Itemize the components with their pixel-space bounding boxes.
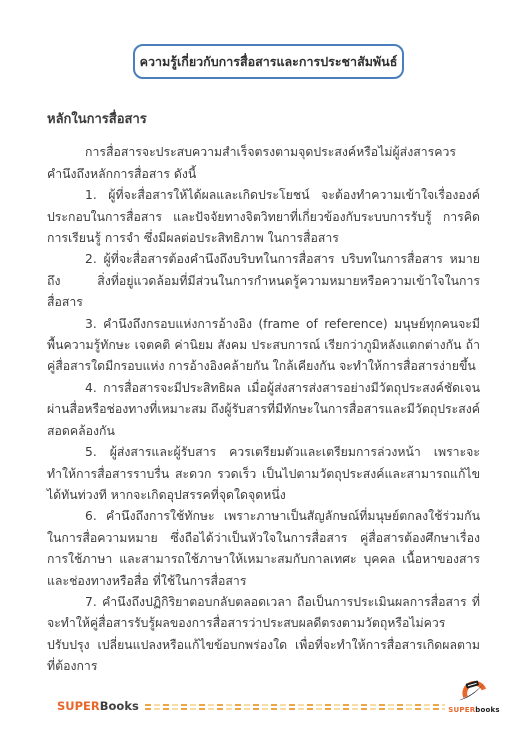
footer-dashed-divider <box>145 704 445 710</box>
footer-brand-left: SUPERBooks <box>57 700 139 713</box>
numbered-item-5: 5. ผู้ส่งสารและผู้รับสาร ควรเตรียมตัวและ… <box>47 442 480 506</box>
footer-logo: SUPERbooks <box>450 676 498 714</box>
footer-brand-books: Books <box>100 699 139 713</box>
page-footer: SUPERBooks SUPERbooks <box>57 674 498 714</box>
logo-text-super: SUPER <box>448 706 475 714</box>
intro-paragraph: การสื่อสารจะประสบความสำเร็จตรงตามจุดประส… <box>47 142 480 185</box>
body-content: หลักในการสื่อสาร การสื่อสารจะประสบความสำ… <box>47 109 480 678</box>
numbered-item-1: 1. ผู้ที่จะสื่อสารให้ได้ผลและเกิดประโยชน… <box>47 185 480 249</box>
numbered-item-3: 3. คำนึงถึงกรอบแห่งการอ้างอิง (frame of … <box>47 314 480 378</box>
numbered-item-4: 4. การสื่อสารจะมีประสิทธิผล เมื่อผู้ส่งส… <box>47 378 480 442</box>
section-heading: หลักในการสื่อสาร <box>47 109 480 130</box>
numbered-item-2: 2. ผู้ที่จะสื่อสารต้องคำนึงถึงบริบทในการ… <box>47 249 480 313</box>
document-page: ความรู้เกี่ยวกับการสื่อสารและการประชาสัม… <box>0 0 516 755</box>
superbooks-swoosh-icon <box>458 676 490 706</box>
numbered-item-7: 7. คำนึงถึงปฏิกิริยาตอบกลับตลอดเวลา ถือเ… <box>47 592 480 678</box>
footer-logo-wordmark: SUPERbooks <box>448 706 499 714</box>
chapter-title: ความรู้เกี่ยวกับการสื่อสารและการประชาสัม… <box>140 52 398 72</box>
logo-text-books: books <box>475 706 499 714</box>
numbered-item-6: 6. คำนึงถึงการใช้ทักษะ เพราะภาษาเป็นสัญล… <box>47 506 480 592</box>
footer-brand-super: SUPER <box>57 699 100 713</box>
chapter-title-box: ความรู้เกี่ยวกับการสื่อสารและการประชาสัม… <box>133 44 404 79</box>
